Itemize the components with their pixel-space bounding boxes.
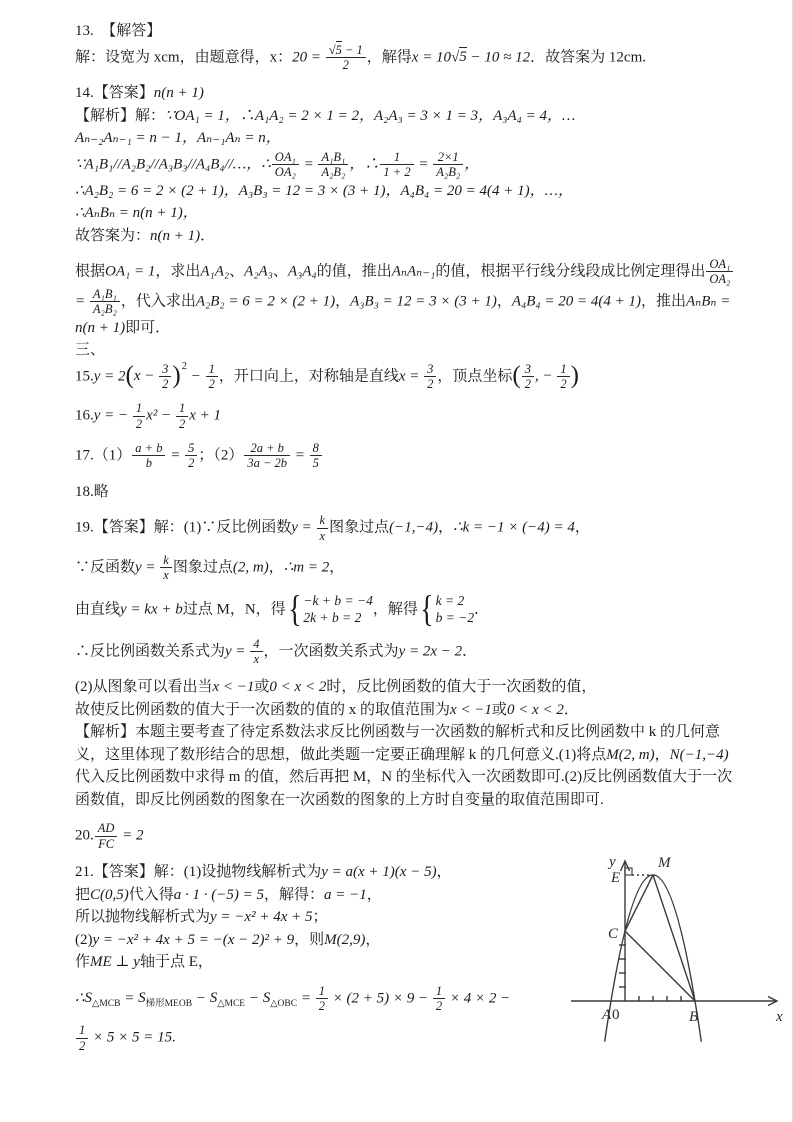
x-axis-label: x [775,1009,783,1025]
point-c-label: C [608,926,619,942]
segment-CM [625,875,653,931]
question-21-block: 21.【答案】解：(1)设抛物线解析式为y = a(x + 1)(x − 5)，… [75,861,740,1053]
parabola-figure: y M E C A 0 B x [563,849,793,1051]
doc-line: ∴S△MCB = S梯形MEOB − S△MCE − S△OBC = 12 × … [75,984,567,1014]
doc-line: 21.【答案】解：(1)设抛物线解析式为y = a(x + 1)(x − 5)， [75,861,567,884]
doc-line: (2)从图象可以看出当x < −1或0 < x < 2时，反比例函数的值大于一次… [75,676,740,699]
doc-line: 把C(0,5)代入得a · 1 · (−5) = 5，解得：a = −1， [75,884,567,907]
document-body: 13. 【解答】解：设宽为 xcm，由题意得，x：20 = √5 − 12，解得… [75,20,740,851]
doc-line: 20.ADFC = 2 [75,821,740,851]
doc-line: 故使反比例函数的值大于一次函数的值的 x 的取值范围为x < −1或0 < x … [75,699,740,722]
doc-line: ∵反函数y = kx图象过点(2, m)，∴m = 2， [75,553,740,583]
doc-line: 根据OA₁ = 1，求出A₁A₂、A₂A₃、A₃A₄的值，推出AₙAₙ₋₁的值，… [75,257,740,339]
doc-line: 【解析】本题主要考查了待定系数法求反比例函数与一次函数的解析式和反比例函数中 k… [75,721,740,811]
doc-line: 解：设宽为 xcm，由题意得，x：20 = √5 − 12，解得x = 10√5… [75,43,740,73]
doc-line: 由直线y = kx + b过点 M，N，得{−k + b = −42k + b … [75,593,740,627]
doc-line: 18.略 [75,481,740,504]
point-b-label: B [689,1009,698,1025]
doc-line: 17.（1）a + bb = 52；（2）2a + b3a − 2b = 85 [75,441,740,471]
doc-line: (2)y = −x² + 4x + 5 = −(x − 2)² + 9，则M(2… [75,929,567,952]
doc-line: Aₙ₋₂Aₙ₋₁ = n − 1，Aₙ₋₁Aₙ = n， [75,127,740,150]
doc-line: ∴AₙBₙ = n(n + 1)， [75,202,740,225]
point-a-label: A [601,1007,612,1023]
doc-line: ∵A₁B₁//A₂B₂//A₃B₃//A₄B₄//…，∴OA₁OA₂ = A₁B… [75,150,740,180]
doc-line: 16.y = − 12x² − 12x + 1 [75,401,740,431]
doc-line: 15.y = 2(x − 32)2 − 12，开口向上，对称轴是直线x = 32… [75,362,740,392]
doc-line: 作ME ⊥ y轴于点 E， [75,951,567,974]
y-axis-label: y [607,854,616,870]
answer-sheet-page: 13. 【解答】解：设宽为 xcm，由题意得，x：20 = √5 − 12，解得… [0,0,793,1122]
point-e-label: E [610,870,620,886]
segment-CB [625,931,695,1001]
doc-line: 13. 【解答】 [75,20,740,43]
segment-MB [653,875,695,1001]
doc-line: 19.【答案】解：(1)∵反比例函数y = kx图象过点(−1,−4)，∴k =… [75,513,740,543]
point-m-label: M [657,855,672,871]
origin-label: 0 [612,1007,620,1023]
doc-line: 所以抛物线解析式为y = −x² + 4x + 5； [75,906,567,929]
doc-line: 故答案为：n(n + 1)． [75,225,740,248]
doc-line: ∴反比例函数关系式为y = 4x，一次函数关系式为y = 2x − 2． [75,637,740,667]
question-21-text: 21.【答案】解：(1)设抛物线解析式为y = a(x + 1)(x − 5)，… [75,861,567,1053]
doc-line: 12 × 5 × 5 = 15. [75,1023,567,1053]
doc-line: 三、 [75,339,740,362]
doc-line: 14.【答案】n(n + 1) [75,82,740,105]
doc-line: 【解析】解：∵OA₁ = 1，∴A₁A₂ = 2 × 1 = 2，A₂A₃ = … [75,105,740,128]
doc-line: ∴A₂B₂ = 6 = 2 × (2 + 1)，A₃B₃ = 12 = 3 × … [75,180,740,203]
